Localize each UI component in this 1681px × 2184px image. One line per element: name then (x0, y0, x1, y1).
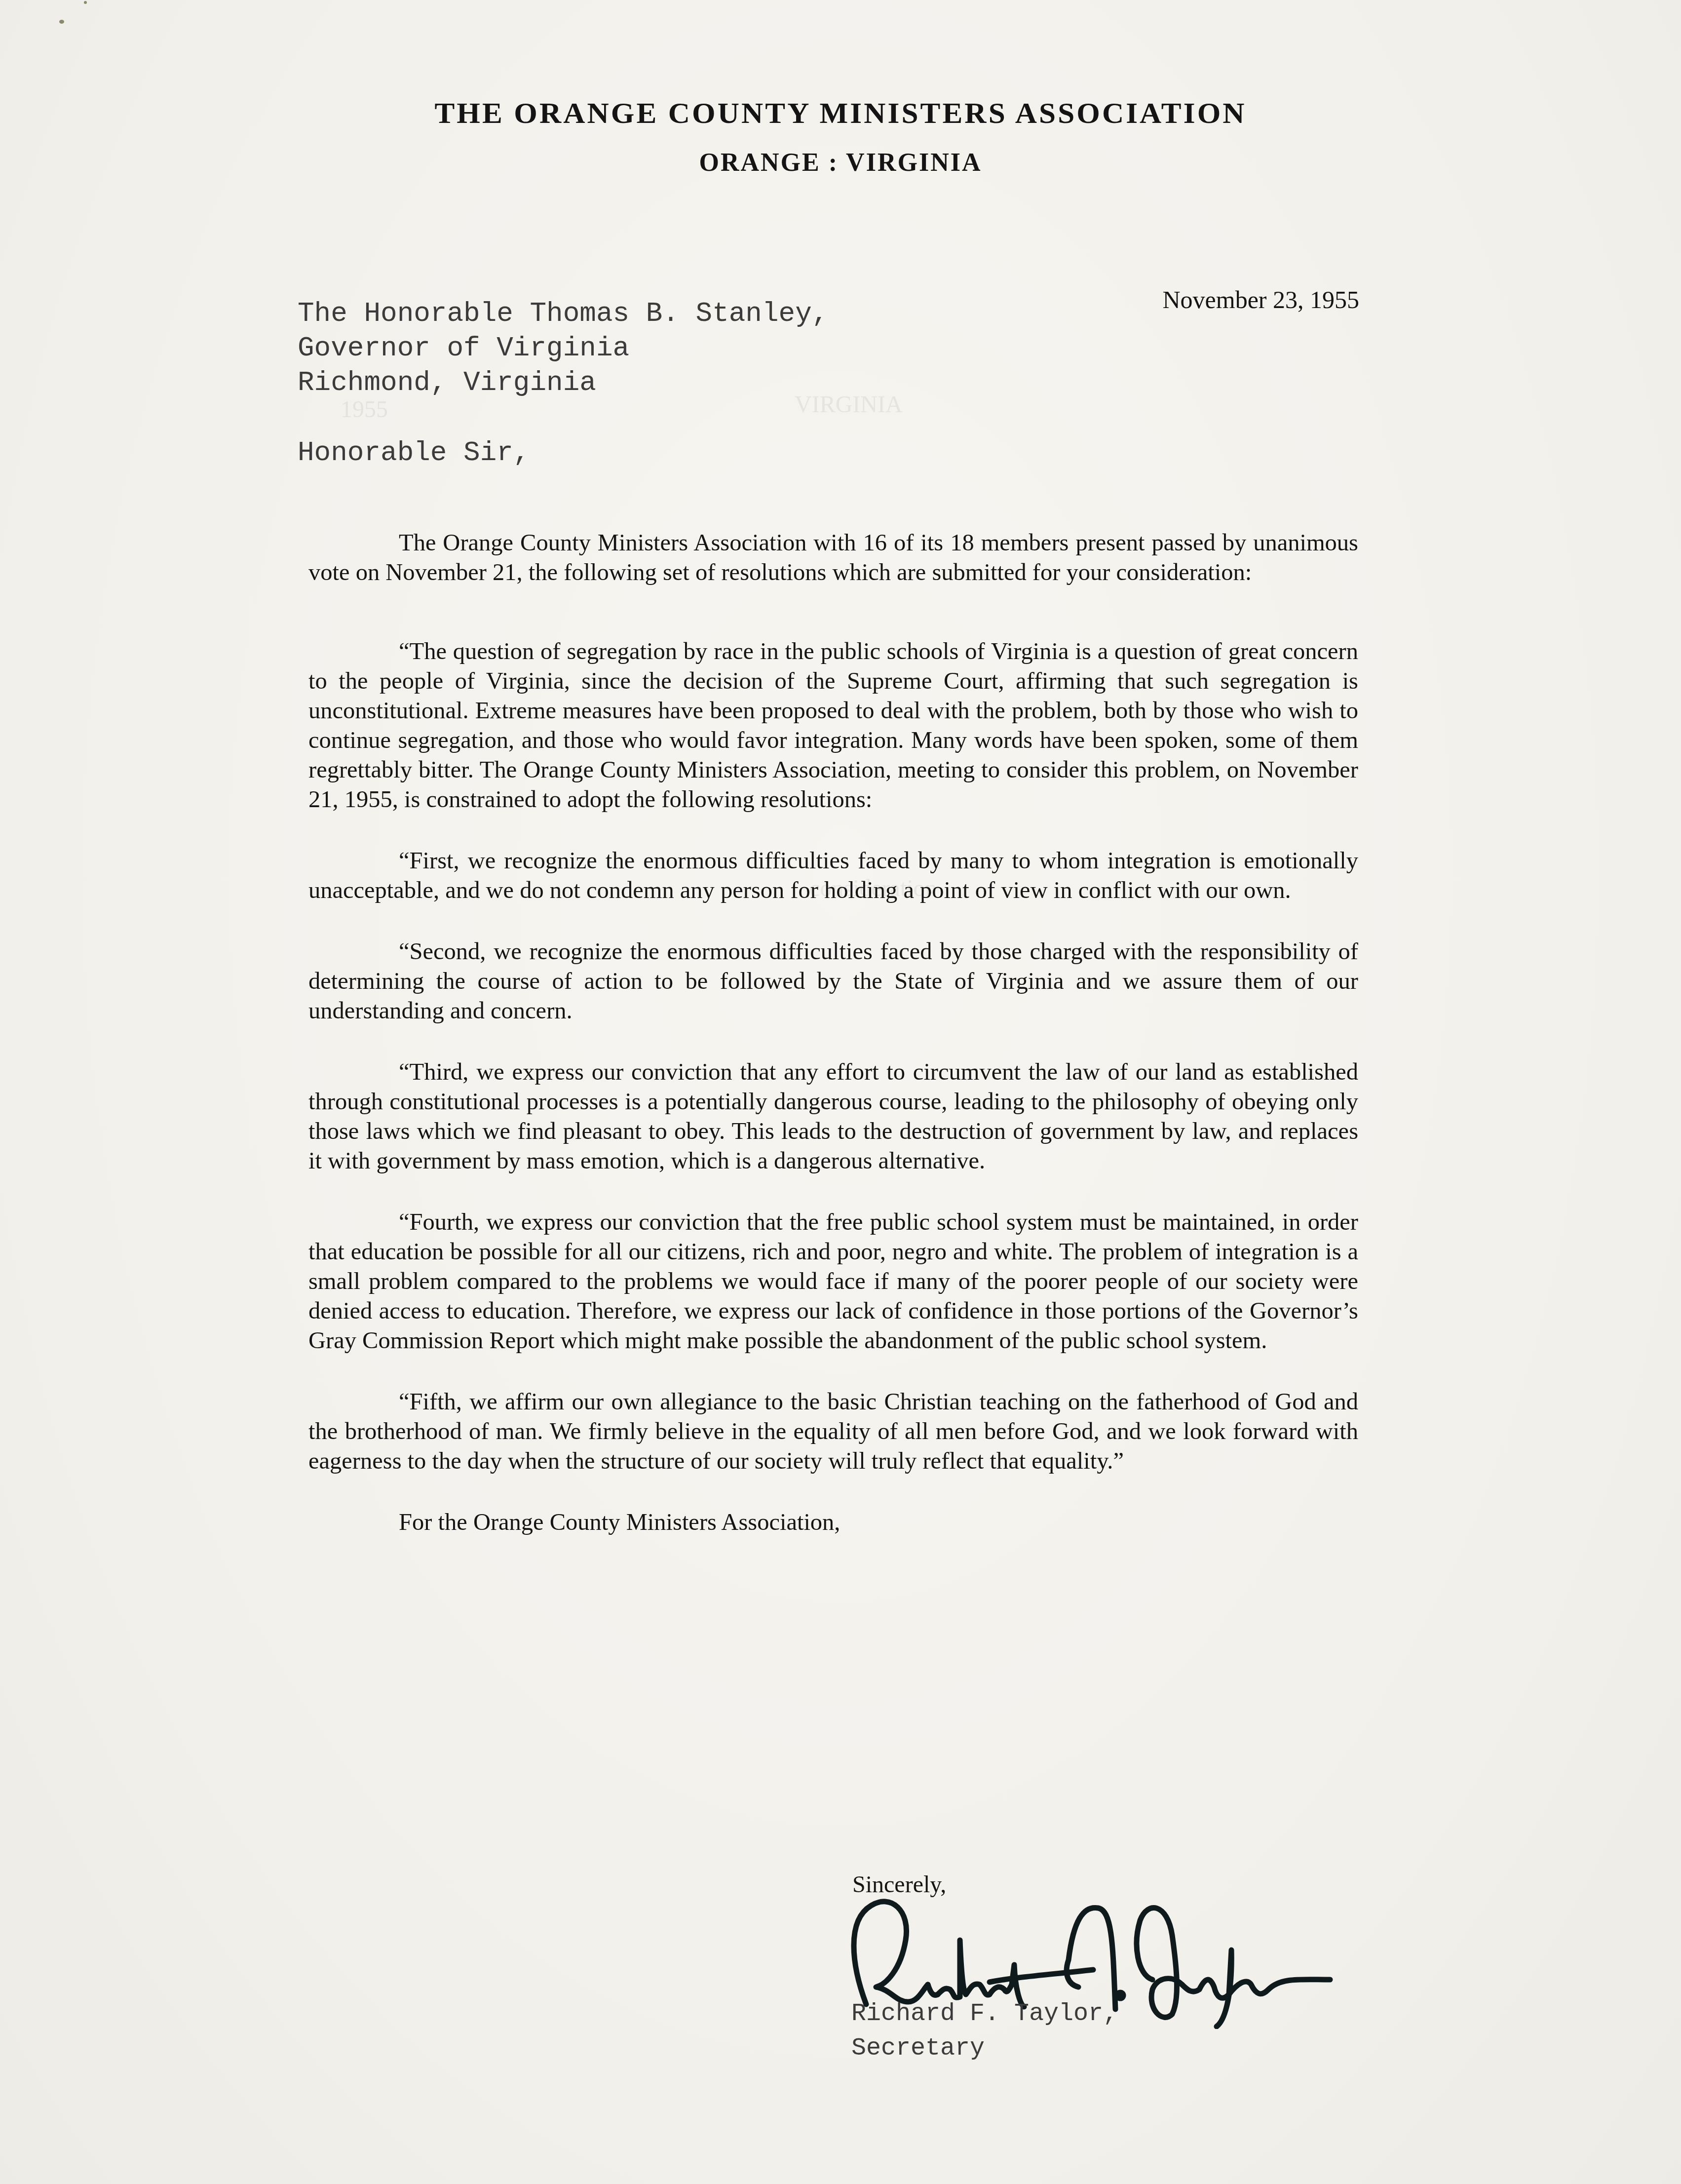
letter-page: VIRGINIA 1955 consideration THE ORANGE C… (0, 0, 1681, 2184)
intro-paragraph: The Orange County Ministers Association … (308, 528, 1358, 587)
signer-title: Secretary (851, 2031, 1118, 2066)
signer-typed-name: Richard F. Taylor, Secretary (851, 1997, 1118, 2066)
letter-date: November 23, 1955 (1162, 285, 1359, 314)
resolution-first: “First, we recognize the enormous diffic… (308, 846, 1358, 905)
letter-body: The Orange County Ministers Association … (308, 528, 1358, 1537)
paper-speck (59, 20, 64, 24)
recipient-title-line: Governor of Virginia (298, 331, 828, 365)
recipient-address: The Honorable Thomas B. Stanley, Governo… (298, 296, 828, 400)
closing-line: For the Orange County Ministers Associat… (308, 1508, 1358, 1537)
letterhead-location: ORANGE : VIRGINIA (0, 148, 1681, 177)
resolution-third: “Third, we express our conviction that a… (308, 1057, 1358, 1176)
signature-block: Sincerely, (822, 1871, 1414, 2078)
salutation: Honorable Sir, (298, 437, 530, 468)
recipient-city-line: Richmond, Virginia (298, 365, 828, 400)
paper-speck (84, 1, 87, 4)
letterhead-organization: THE ORANGE COUNTY MINISTERS ASSOCIATION (0, 96, 1681, 130)
preamble-paragraph: “The question of segregation by race in … (308, 637, 1358, 815)
resolution-fifth: “Fifth, we affirm our own allegiance to … (308, 1387, 1358, 1476)
recipient-name-line: The Honorable Thomas B. Stanley, (298, 296, 828, 331)
resolution-second: “Second, we recognize the enormous diffi… (308, 937, 1358, 1026)
signer-name: Richard F. Taylor, (851, 1997, 1118, 2031)
resolution-fourth: “Fourth, we express our conviction that … (308, 1208, 1358, 1356)
